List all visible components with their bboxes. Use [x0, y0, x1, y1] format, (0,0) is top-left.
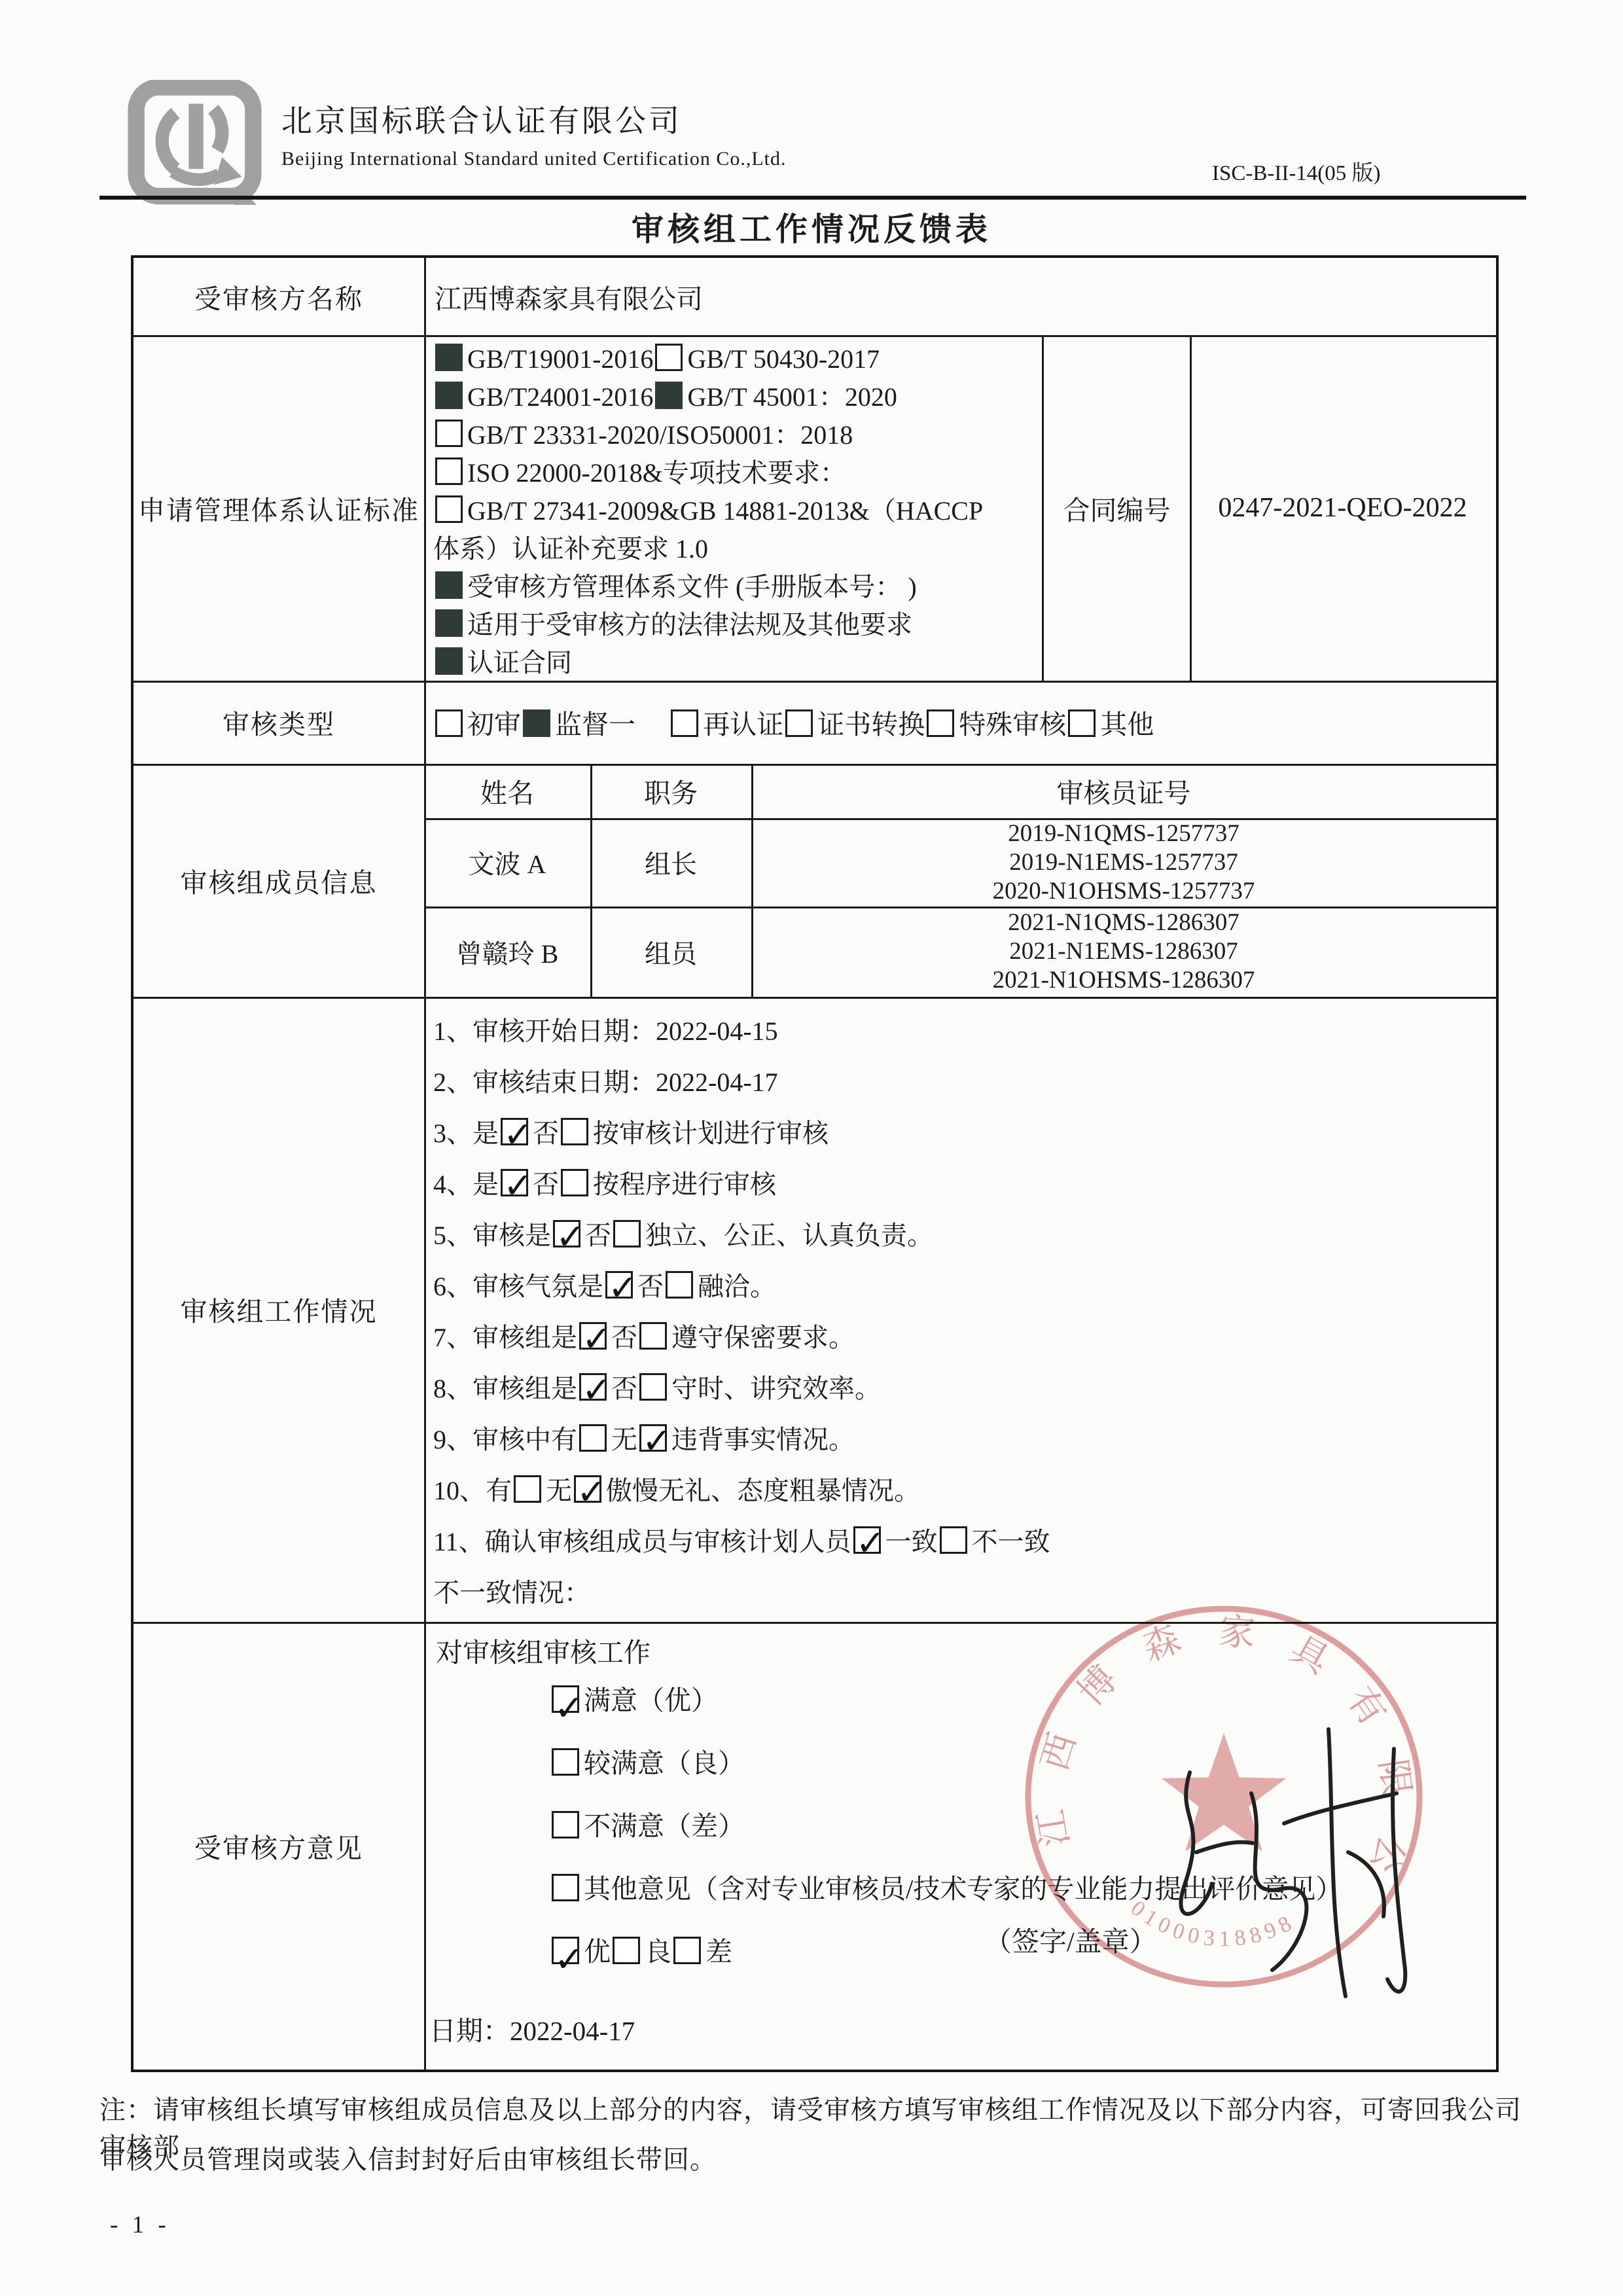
checkbox-unchecked-icon	[673, 1937, 701, 1964]
contract-no-value: 0247-2021-QEO-2022	[1192, 335, 1493, 681]
row-label-audit-type: 审核类型	[134, 681, 424, 764]
checkbox-checked-icon	[553, 1220, 580, 1247]
checkbox-checked-icon	[639, 1424, 667, 1452]
checkbox-filled-icon	[523, 709, 550, 737]
teamwork-item: 6、审核气氛是否融洽。	[433, 1261, 1480, 1312]
row-label-members: 审核组成员信息	[134, 764, 424, 997]
text-segment: 傲慢无礼、态度粗暴情况。	[606, 1476, 920, 1505]
text-segment: 良	[645, 1937, 671, 1967]
text-segment: 其他	[1100, 709, 1154, 740]
text-segment: 否	[611, 1374, 637, 1403]
opinion-option: 较满意（良）	[550, 1732, 1492, 1795]
checkbox-unchecked-icon	[435, 709, 463, 737]
standard-option: 受审核方管理体系文件 (手册版本号： )	[433, 568, 1042, 606]
text-segment: GB/T24001-2016	[467, 382, 653, 412]
text-segment: GB/T 23331-2020/ISO50001：2018	[467, 420, 853, 450]
row-label-teamwork: 审核组工作情况	[134, 997, 424, 1622]
teamwork-item: 5、审核是否独立、公正、认真负责。	[433, 1210, 1480, 1261]
text-segment: 3、是	[433, 1119, 499, 1148]
opinion-option: 不满意（差）	[550, 1795, 1492, 1857]
checkbox-checked-icon	[501, 1169, 528, 1196]
text-segment: 优	[584, 1937, 611, 1967]
audit-type-options: 初审监督一 再认证证书转换特殊审核其他	[433, 703, 1154, 742]
page-number: - 1 -	[110, 2211, 170, 2239]
footer-note-line2: 审核人员管理岗或装入信封封好后由审核组长带回。	[99, 2139, 1539, 2176]
text-segment: 7、审核组是	[433, 1323, 577, 1352]
teamwork-item: 9、审核中有无违背事实情况。	[433, 1414, 1480, 1465]
text-segment: 9、审核中有	[433, 1425, 577, 1454]
text-segment: 按审核计划进行审核	[593, 1119, 829, 1148]
text-segment: 否	[637, 1272, 664, 1301]
signature-seal-label: （签字/盖章）	[984, 1920, 1157, 1960]
teamwork-checklist: 1、审核开始日期：2022-04-15 2、审核结束日期：2022-04-17 …	[433, 1006, 1480, 1619]
text-segment: 体系）认证补充要求 1.0	[433, 534, 708, 564]
standard-option: 认证合同	[433, 644, 1042, 682]
text-segment: 认证合同	[467, 648, 572, 677]
text-segment: 证书转换	[817, 709, 925, 740]
checkbox-checked-icon	[552, 1685, 579, 1713]
text-segment: 受审核方管理体系文件 (手册版本号： )	[467, 572, 917, 601]
standards-checklist: GB/T19001-2016GB/T 50430-2017 GB/T24001-…	[433, 340, 1042, 682]
text-segment: GB/T 45001：2020	[687, 382, 897, 412]
checkbox-unchecked-icon	[785, 709, 813, 737]
checkbox-unchecked-icon	[552, 1748, 579, 1776]
checkbox-checked-icon	[853, 1526, 881, 1554]
text-segment: 不一致情况：	[433, 1578, 590, 1607]
cert-number: 2021-N1EMS-1286307	[1009, 937, 1238, 966]
text-segment: 无	[546, 1476, 572, 1505]
checkbox-unchecked-icon	[639, 1322, 667, 1350]
members-col-cert: 审核员证号	[751, 764, 1496, 818]
checkbox-unchecked-icon	[655, 344, 683, 371]
cert-number: 2021-N1QMS-1286307	[1008, 908, 1240, 937]
text-segment: 守时、讲究效率。	[671, 1374, 881, 1403]
standard-option: 体系）认证补充要求 1.0	[433, 530, 1042, 568]
text-segment: 无	[611, 1425, 637, 1454]
text-segment: 差	[705, 1937, 732, 1967]
standard-option: GB/T 23331-2020/ISO50001：2018	[433, 416, 1042, 454]
text-segment: 否	[611, 1323, 637, 1352]
text-segment: 再认证	[703, 709, 783, 740]
text-segment: GB/T 50430-2017	[687, 344, 880, 374]
text-segment: 按程序进行审核	[593, 1170, 776, 1199]
text-segment: 不满意（差）	[584, 1811, 745, 1841]
standard-option: 适用于受审核方的法律法规及其他要求	[433, 606, 1042, 644]
text-segment: 否	[533, 1119, 559, 1148]
checkbox-filled-icon	[435, 344, 463, 371]
text-segment: 否	[585, 1221, 611, 1250]
checkbox-unchecked-icon	[1068, 709, 1096, 737]
checkbox-filled-icon	[655, 382, 683, 409]
row-label-auditee: 受审核方名称	[134, 258, 424, 335]
checkbox-unchecked-icon	[579, 1424, 607, 1452]
teamwork-item: 4、是否按程序进行审核	[433, 1159, 1480, 1210]
checkbox-unchecked-icon	[927, 709, 954, 737]
member-name: 曾赣玲 B	[424, 906, 590, 997]
table-border-line	[424, 258, 426, 2070]
standard-option: GB/T24001-2016GB/T 45001：2020	[433, 378, 1042, 416]
standard-option: GB/T19001-2016GB/T 50430-2017	[433, 340, 1042, 378]
cert-number: 2019-N1QMS-1257737	[1008, 819, 1240, 848]
cert-number: 2020-N1OHSMS-1257737	[993, 877, 1255, 906]
checkbox-checked-icon	[501, 1118, 528, 1145]
member-certs: 2021-N1QMS-1286307 2021-N1EMS-1286307 20…	[751, 906, 1496, 997]
text-segment: ISO 22000-2018&专项技术要求：	[467, 458, 846, 488]
form-title: 审核组工作情况反馈表	[0, 204, 1623, 250]
row-label-opinion: 受审核方意见	[134, 1622, 424, 2070]
standard-option: ISO 22000-2018&专项技术要求：	[433, 454, 1042, 492]
checkbox-filled-icon	[435, 382, 463, 409]
text-segment: 不一致	[972, 1527, 1050, 1556]
checkbox-unchecked-icon	[639, 1373, 667, 1401]
checkbox-unchecked-icon	[940, 1526, 967, 1554]
opinion-date: 日期：2022-04-17	[429, 2009, 635, 2048]
teamwork-item: 1、审核开始日期：2022-04-15	[433, 1006, 1480, 1057]
certification-mark-logo-icon	[124, 80, 265, 207]
text-segment: 8、审核组是	[433, 1374, 577, 1403]
text-segment: 一致	[885, 1527, 938, 1556]
member-role: 组员	[590, 906, 751, 997]
checkbox-unchecked-icon	[514, 1475, 541, 1503]
members-col-role: 职务	[590, 764, 751, 818]
feedback-form-table: 受审核方名称 江西博森家具有限公司 申请管理体系认证标准 GB/T19001-2…	[131, 255, 1499, 2072]
teamwork-item: 2、审核结束日期：2022-04-17	[433, 1057, 1480, 1108]
opinion-option: 满意（优）	[550, 1669, 1492, 1732]
teamwork-item: 11、确认审核组成员与审核计划人员一致不一致	[433, 1516, 1480, 1568]
checkbox-unchecked-icon	[435, 495, 463, 523]
text-segment: GB/T 27341-2009&GB 14881-2013&（HACCP	[467, 496, 983, 526]
text-segment: 4、是	[433, 1170, 499, 1199]
text-segment: 10、有	[433, 1476, 512, 1505]
auditee-name-value: 江西博森家具有限公司	[435, 258, 703, 335]
checkbox-unchecked-icon	[613, 1220, 641, 1247]
checkbox-unchecked-icon	[671, 709, 698, 737]
checkbox-checked-icon	[574, 1475, 601, 1503]
text-segment: 否	[533, 1170, 559, 1199]
teamwork-item: 不一致情况：	[433, 1568, 1480, 1619]
checkbox-checked-icon	[552, 1937, 579, 1964]
teamwork-item: 3、是否按审核计划进行审核	[433, 1108, 1480, 1159]
checkbox-checked-icon	[579, 1322, 607, 1350]
text-segment: 独立、公正、认真负责。	[645, 1221, 933, 1250]
checkbox-unchecked-icon	[435, 457, 463, 485]
scanned-form-page: 北京国标联合认证有限公司 Beijing International Stand…	[0, 0, 1623, 2296]
company-name-en: Beijing International Standard united Ce…	[281, 148, 787, 170]
checkbox-filled-icon	[435, 609, 463, 637]
checkbox-checked-icon	[579, 1373, 607, 1401]
form-code: ISC-B-II-14(05 版)	[1212, 156, 1381, 187]
text-segment: 其他意见（含对专业审核员/技术专家的专业能力提出评价意见）	[584, 1874, 1342, 1904]
teamwork-item: 8、审核组是否守时、讲究效率。	[433, 1363, 1480, 1414]
contract-no-label: 合同编号	[1044, 335, 1190, 681]
text-segment: 5、审核是	[433, 1221, 551, 1250]
checkbox-checked-icon	[605, 1271, 633, 1299]
text-segment: 初审	[467, 709, 521, 740]
member-role: 组长	[590, 818, 751, 906]
text-segment: 1、审核开始日期：2022-04-15	[433, 1016, 778, 1046]
opinion-option: 其他意见（含对专业审核员/技术专家的专业能力提出评价意见）	[550, 1857, 1492, 1920]
checkbox-filled-icon	[435, 647, 463, 675]
text-segment: 满意（优）	[584, 1685, 718, 1715]
text-segment: 特殊审核	[959, 709, 1066, 740]
member-certs: 2019-N1QMS-1257737 2019-N1EMS-1257737 20…	[751, 818, 1496, 906]
text-segment: 违背事实情况。	[671, 1425, 855, 1454]
checkbox-unchecked-icon	[561, 1118, 588, 1145]
text-segment: 较满意（良）	[584, 1748, 745, 1778]
text-segment: 6、审核气氛是	[433, 1272, 603, 1301]
teamwork-item: 7、审核组是否遵守保密要求。	[433, 1312, 1480, 1363]
header-divider	[99, 196, 1526, 200]
checkbox-filled-icon	[435, 571, 463, 599]
text-segment: 融洽。	[698, 1272, 776, 1301]
text-segment: GB/T19001-2016	[467, 344, 653, 374]
checkbox-unchecked-icon	[561, 1169, 588, 1196]
company-name-cn: 北京国标联合认证有限公司	[281, 97, 682, 141]
standard-option: GB/T 27341-2009&GB 14881-2013&（HACCP	[433, 492, 1042, 530]
checkbox-unchecked-icon	[435, 420, 463, 447]
opinion-intro: 对审核组审核工作	[436, 1631, 651, 1670]
checkbox-unchecked-icon	[552, 1811, 579, 1839]
checkbox-unchecked-icon	[552, 1874, 579, 1901]
cert-number: 2021-N1OHSMS-1286307	[993, 966, 1255, 995]
cert-number: 2019-N1EMS-1257737	[1009, 848, 1238, 877]
member-name: 文波 A	[424, 818, 590, 906]
row-label-standards: 申请管理体系认证标准	[134, 335, 424, 681]
text-segment: 监督一	[555, 709, 669, 740]
checkbox-unchecked-icon	[613, 1937, 640, 1964]
checkbox-unchecked-icon	[666, 1271, 693, 1299]
text-segment: 适用于受审核方的法律法规及其他要求	[467, 610, 912, 639]
text-segment: 11、确认审核组成员与审核计划人员	[433, 1527, 851, 1556]
teamwork-item: 10、有无傲慢无礼、态度粗暴情况。	[433, 1465, 1480, 1516]
text-segment: 遵守保密要求。	[671, 1323, 855, 1352]
text-segment: 2、审核结束日期：2022-04-17	[433, 1067, 778, 1097]
members-col-name: 姓名	[424, 764, 590, 818]
